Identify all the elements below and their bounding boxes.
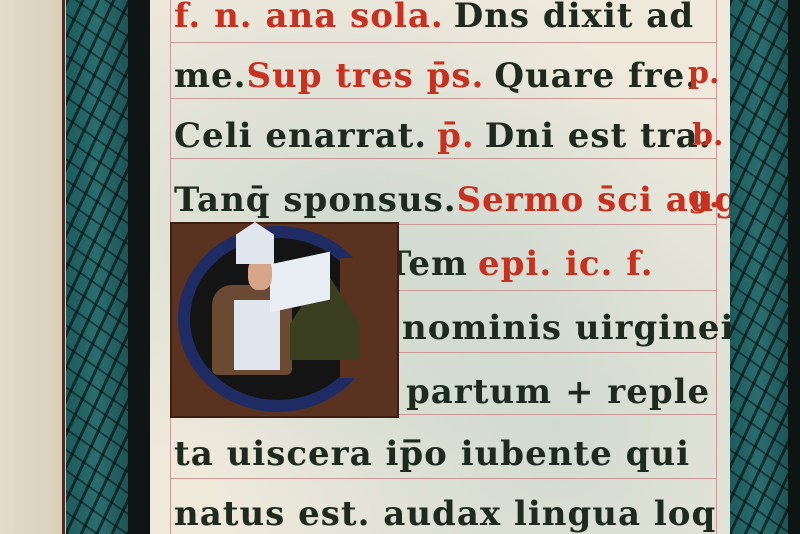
left-decorative-border xyxy=(66,0,128,534)
text: me. xyxy=(174,56,246,96)
right-decorative-border xyxy=(730,0,788,534)
margin-rubric: g. xyxy=(688,180,719,215)
text-line-9: natus est. audax lingua loq xyxy=(174,494,716,534)
left-border-shadow xyxy=(128,0,150,534)
text: ta uiscera ip̅o iubente qui xyxy=(174,434,690,474)
text-line-1: f. n. ana sola.Dns dixit ad xyxy=(174,0,694,36)
text: partum + reple xyxy=(406,372,710,412)
text: Celi enarrat. xyxy=(174,116,427,156)
text-line-5: Temepi. ic. f. xyxy=(386,244,654,284)
text-line-6: nominis uirginei xyxy=(402,308,734,348)
rubric: f. n. ana sola. xyxy=(174,0,444,36)
text: Dns dixit ad xyxy=(454,0,694,36)
left-rule xyxy=(62,0,65,534)
ruling-line xyxy=(170,42,716,43)
ruling-line xyxy=(170,158,716,159)
rubric: epi. ic. f. xyxy=(478,244,654,284)
ruling-line xyxy=(170,478,716,479)
margin-rubric: p. xyxy=(688,56,719,91)
rubric: p̄. xyxy=(437,116,475,156)
margin-rubric: b. xyxy=(692,118,723,153)
text: natus est. audax lingua loq xyxy=(174,494,716,534)
text: Quare fre. xyxy=(494,56,698,96)
text: Tanq̄ sponsus. xyxy=(174,180,457,220)
text-line-3: Celi enarrat.p̄.Dni est tra. xyxy=(174,116,712,156)
text: Dni est tra. xyxy=(485,116,712,156)
text-line-7: partum + reple xyxy=(406,372,710,412)
outer-margin xyxy=(0,0,66,534)
text-line-8: ta uiscera ip̅o iubente qui xyxy=(174,434,690,474)
rubric: Sup tres p̄s. xyxy=(246,56,484,96)
ruling-line xyxy=(170,98,716,99)
text: nominis uirginei xyxy=(402,308,734,348)
text-line-2: me.Sup tres p̄s.Quare fre. xyxy=(174,56,698,96)
right-border-shadow xyxy=(788,0,800,534)
text-line-4: Tanq̄ sponsus.Sermo s̄ci aug. xyxy=(174,180,752,220)
